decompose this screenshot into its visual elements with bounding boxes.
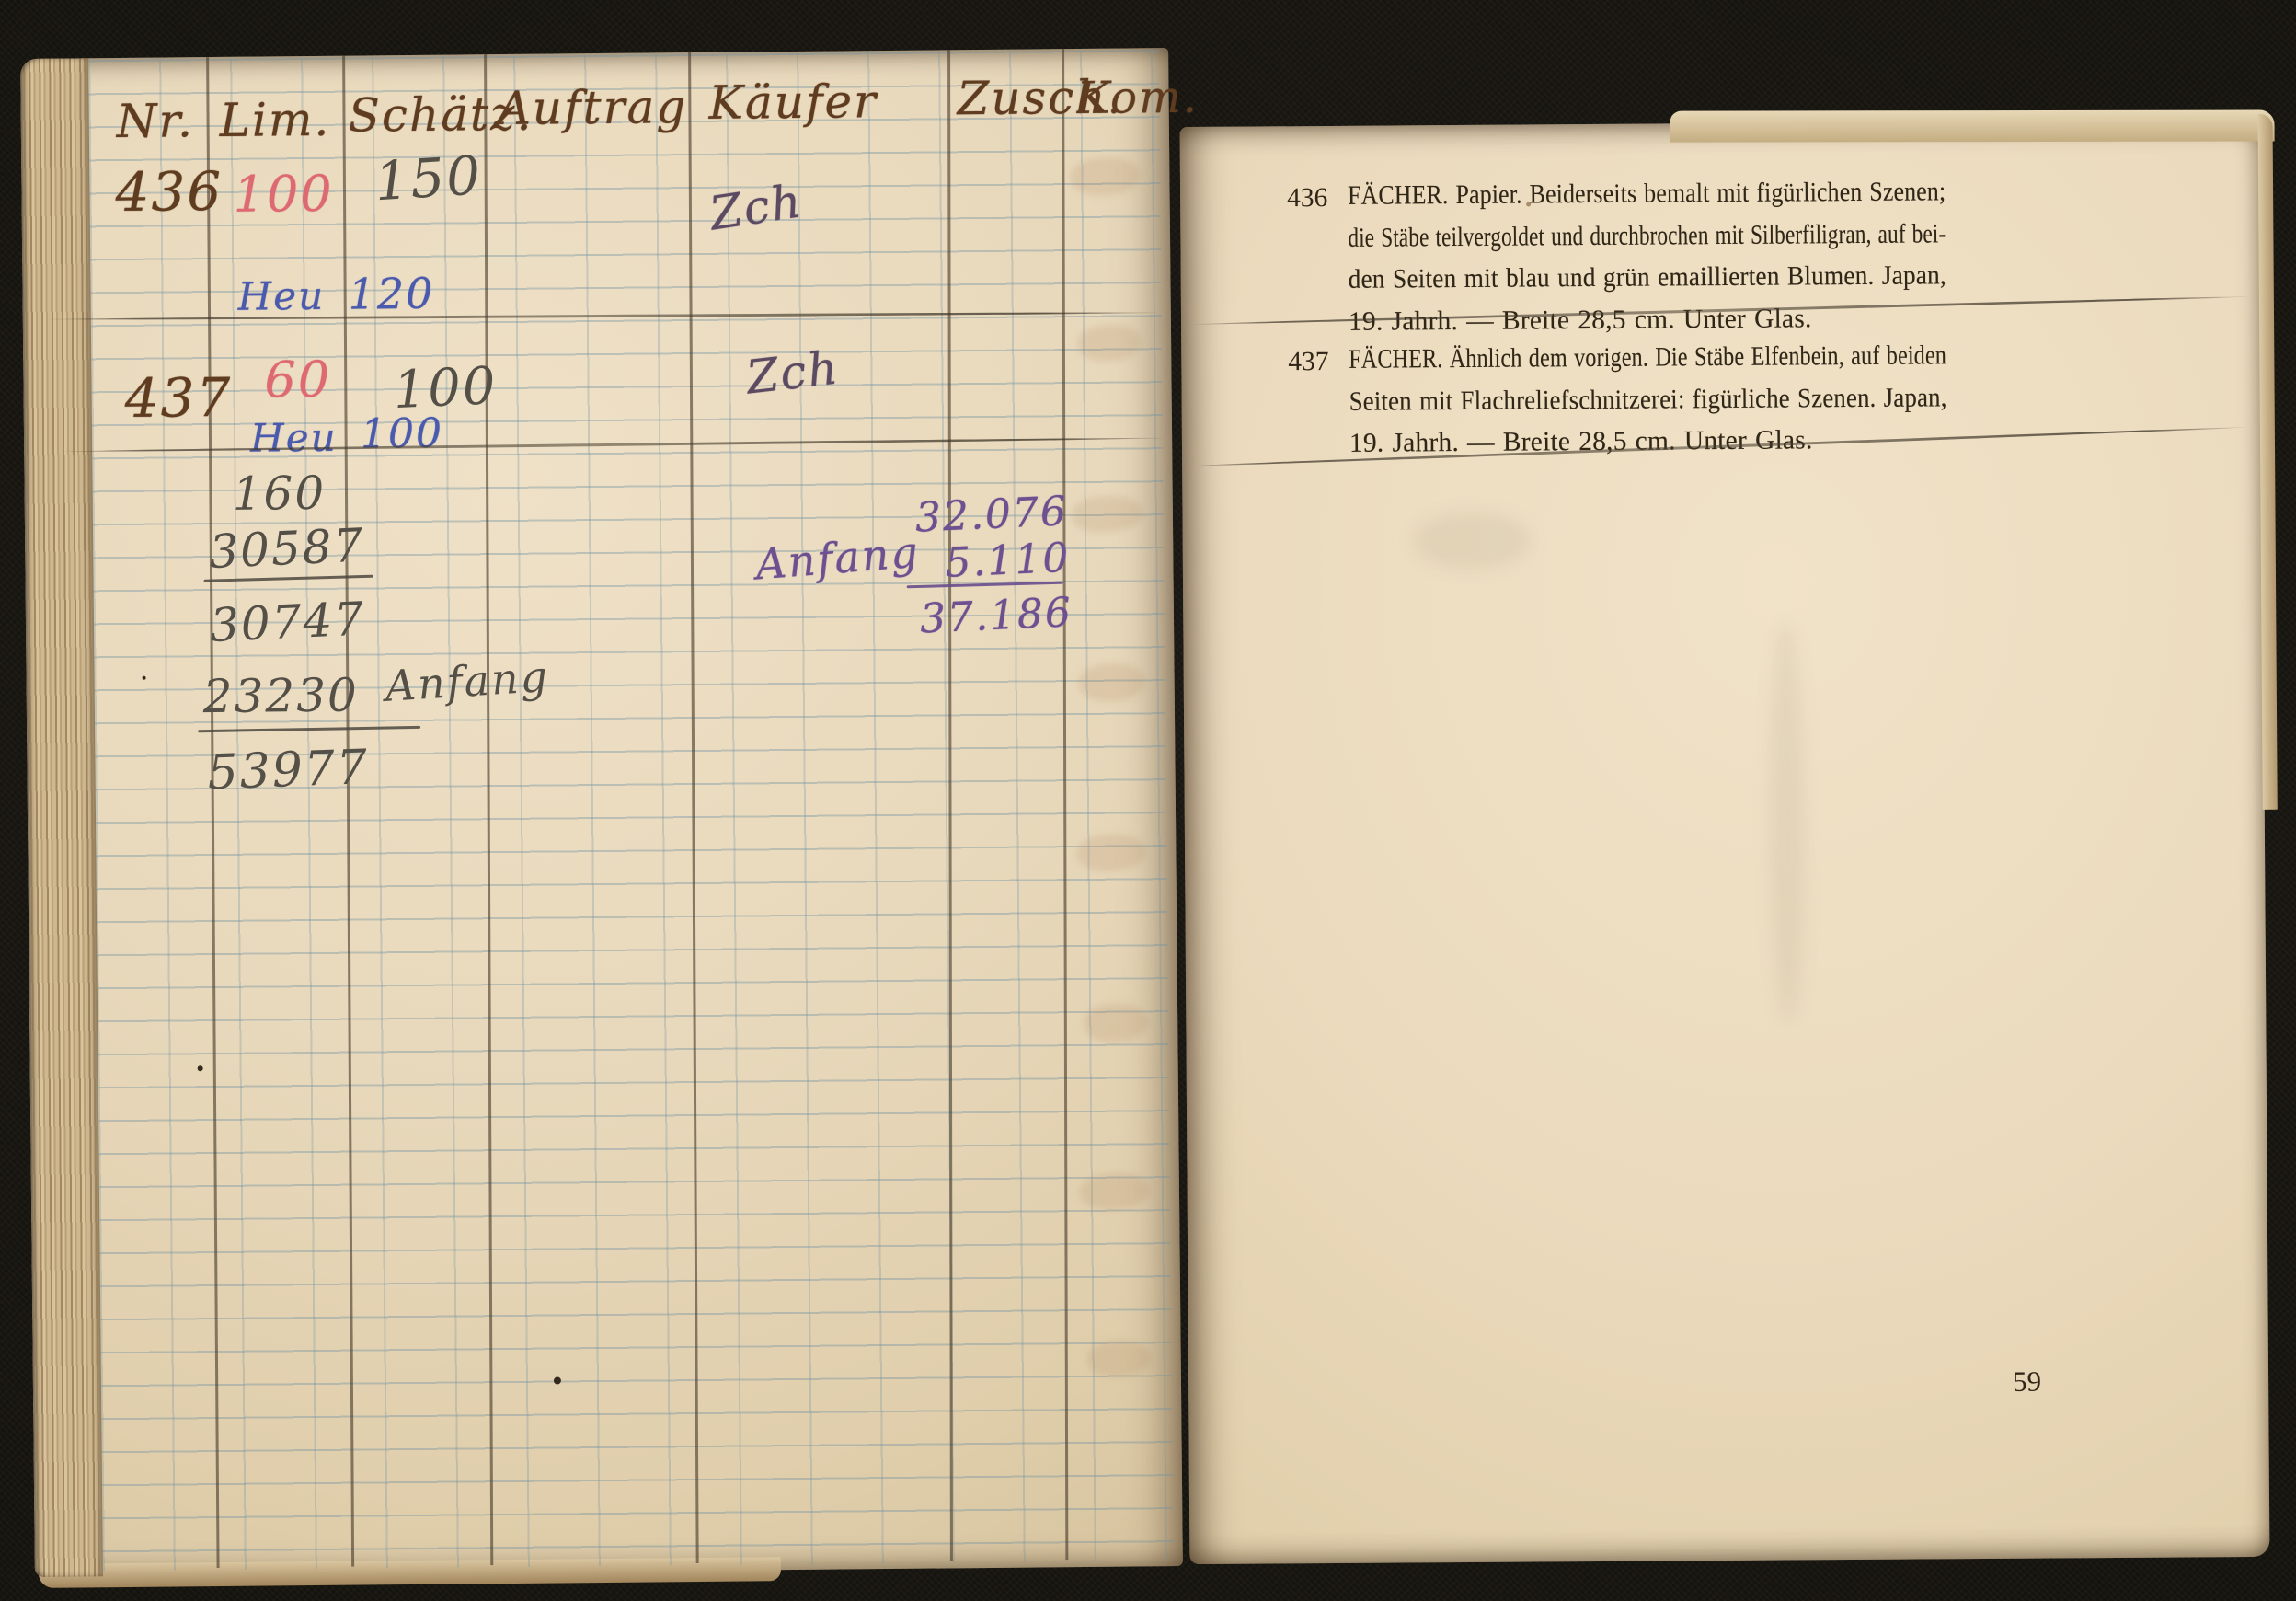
header-lim: Lim. (219, 93, 330, 147)
header-nr: Nr. (116, 94, 194, 148)
catalog-entry-437: 437 FÄCHER. Ähnlich dem vorigen. Die Stä… (1286, 335, 1949, 466)
entry-line: den Seiten mit blau und grün emaillierte… (1349, 256, 1901, 302)
cell-436-revision-value: 120 (348, 269, 434, 319)
cell-436-estimate: 150 (373, 144, 484, 213)
cell-436-nr: 436 (115, 160, 223, 224)
ledger-page: Nr. Lim. Schätz. Auftrag Käufer Zusch. K… (20, 48, 1183, 1577)
cell-437-revision-name: Heu (250, 415, 338, 461)
pencil-total: 53977 (207, 740, 370, 800)
header-kom: Kom. (1076, 72, 1199, 124)
paper-speck (143, 676, 146, 680)
entry-number: 437 (1288, 341, 1329, 384)
pencil-carry: 160 (232, 466, 326, 521)
paper-stain (1412, 511, 1532, 570)
pencil-sum-a: 30587 (208, 519, 365, 579)
header-auftrag: Auftrag (497, 80, 687, 135)
pencil-sum-label: Anfang (384, 651, 550, 711)
entry-line: Seiten mit Flachreliefschnitzerei: figür… (1349, 377, 1892, 423)
page-number: 59 (2013, 1365, 2041, 1399)
paper-speck (1526, 202, 1531, 206)
paper-stain (1767, 619, 1807, 1024)
catalog-page: 436 FÄCHER. Papier. Beiderseits bemalt m… (1180, 120, 2270, 1564)
cell-437-nr: 437 (124, 366, 232, 430)
purple-sum-b: 5.110 (944, 535, 1071, 587)
entry-line: FÄCHER. Papier. Beiderseits bemalt mit f… (1348, 172, 1871, 217)
pencil-sum-c: 23230 (202, 669, 359, 724)
paper-speck (554, 1376, 561, 1384)
cell-436-revision-name: Heu (237, 273, 325, 319)
entry-text: FÄCHER. Ähnlich dem vorigen. Die Stäbe E… (1349, 335, 1947, 465)
pencil-sum-b: 30747 (209, 593, 366, 652)
cell-437-buyer-mark: Zch (743, 340, 842, 404)
purple-total: 37.186 (919, 589, 1073, 642)
cell-436-limit: 100 (233, 165, 334, 224)
paper-speck (198, 1065, 203, 1071)
entry-number: 436 (1287, 178, 1328, 220)
cell-437-limit: 60 (264, 351, 331, 409)
book-fore-edge (20, 58, 103, 1577)
entry-line: FÄCHER. Ähnlich dem vorigen. Die Stäbe E… (1349, 336, 1836, 381)
entry-line: die Stäbe teilvergoldet und durchbrochen… (1348, 214, 1817, 259)
cell-437-revision-value: 100 (361, 410, 443, 458)
header-kaeufer: Käufer (708, 75, 878, 130)
purple-sum-a: 32.076 (914, 488, 1069, 541)
